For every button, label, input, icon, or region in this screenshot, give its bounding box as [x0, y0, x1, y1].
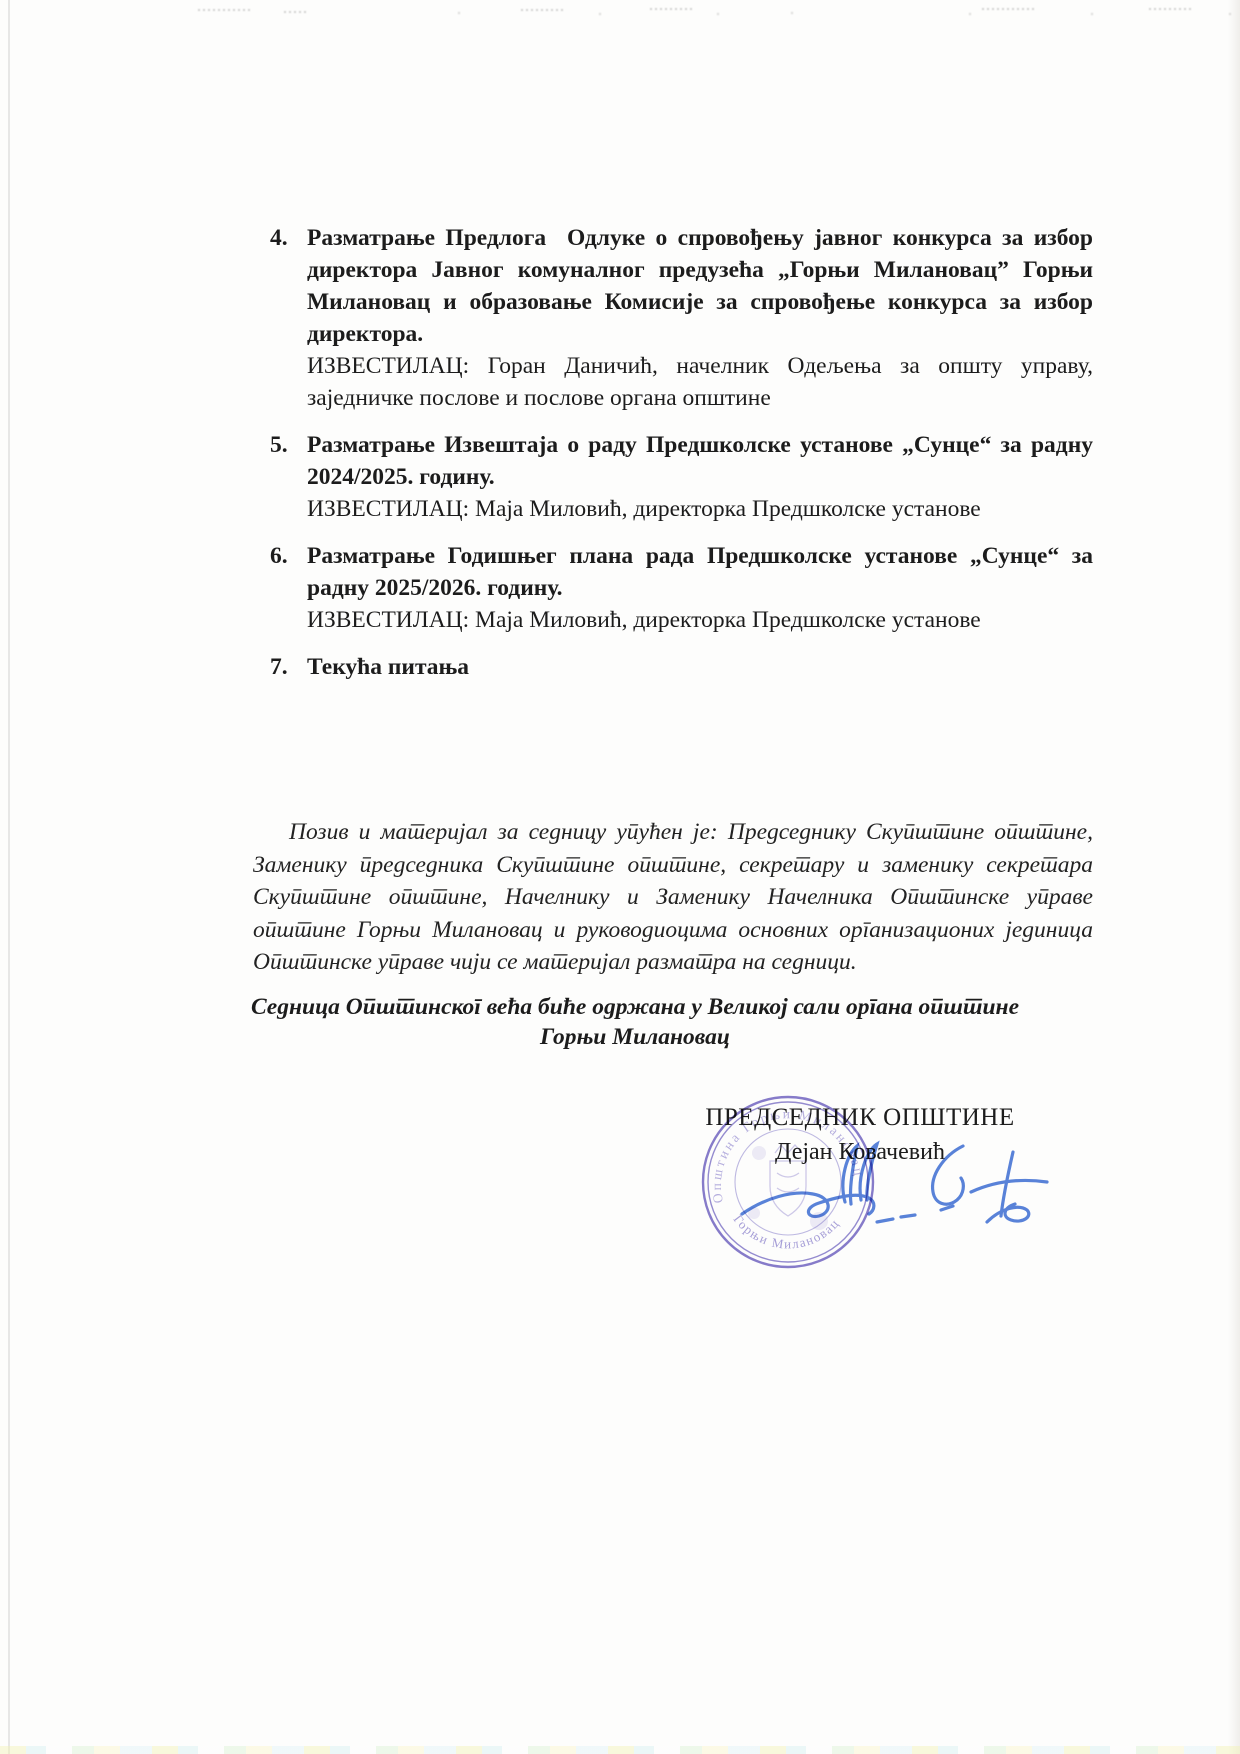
item-title: Текућа питања	[307, 651, 1093, 683]
scan-artifact	[520, 6, 564, 15]
item-body: Разматрање Извештаја о раду Предшколске …	[307, 429, 1093, 525]
agenda-item-6: 6. Разматрање Годишњег плана рада Предшк…	[270, 540, 1093, 636]
agenda-item-4: 4. Разматрање Предлога Одлуке о спровође…	[270, 222, 1093, 414]
scan-artifact	[283, 8, 309, 17]
venue-notice-line1: Седница Општинског већа биће одржана у В…	[235, 992, 1035, 1022]
venue-notice: Седница Општинског већа биће одржана у В…	[235, 992, 1035, 1052]
item-title: Разматрање Предлога Одлуке о спровођењу …	[307, 222, 1093, 350]
item-body: Текућа питања	[307, 651, 1093, 683]
scan-artifact-bottom	[0, 1746, 1240, 1754]
signature-ink-icon	[725, 1136, 1055, 1241]
scan-artifact	[788, 9, 796, 17]
scan-artifact	[981, 5, 1037, 14]
distribution-paragraph: Позив и материјал за седницу упућен је: …	[253, 816, 1093, 979]
item-reporter: ИЗВЕСТИЛАЦ: Маја Миловић, директорка Пре…	[307, 604, 1093, 636]
item-reporter: ИЗВЕСТИЛАЦ: Горан Даничић, начелник Одељ…	[307, 350, 1093, 414]
item-body: Разматрање Предлога Одлуке о спровођењу …	[307, 222, 1093, 414]
scan-artifact	[455, 9, 463, 17]
agenda-item-5: 5. Разматрање Извештаја о раду Предшколс…	[270, 429, 1093, 525]
item-body: Разматрање Годишњег плана рада Предшколс…	[307, 540, 1093, 636]
scan-artifact	[1148, 5, 1194, 14]
item-reporter: ИЗВЕСТИЛАЦ: Маја Миловић, директорка Пре…	[307, 493, 1093, 525]
scan-artifact	[596, 10, 604, 18]
scan-artifact	[197, 6, 253, 15]
scanned-document-page: 4. Разматрање Предлога Одлуке о спровође…	[0, 0, 1240, 1754]
scan-artifact	[714, 10, 722, 18]
item-title: Разматрање Извештаја о раду Предшколске …	[307, 429, 1093, 493]
scan-edge-right	[1228, 0, 1240, 1754]
venue-notice-line2: Горњи Милановац	[235, 1022, 1035, 1052]
item-title: Разматрање Годишњег плана рада Предшколс…	[307, 540, 1093, 604]
scan-artifact	[1088, 10, 1096, 18]
scan-edge-left	[8, 0, 10, 1754]
item-number: 5.	[270, 429, 307, 525]
item-number: 6.	[270, 540, 307, 636]
item-number: 7.	[270, 651, 307, 683]
agenda-item-7: 7. Текућа питања	[270, 651, 1093, 683]
item-number: 4.	[270, 222, 307, 414]
agenda-list: 4. Разматрање Предлога Одлуке о спровође…	[270, 222, 1093, 698]
scan-artifact	[649, 5, 695, 14]
scan-artifact	[966, 10, 974, 18]
